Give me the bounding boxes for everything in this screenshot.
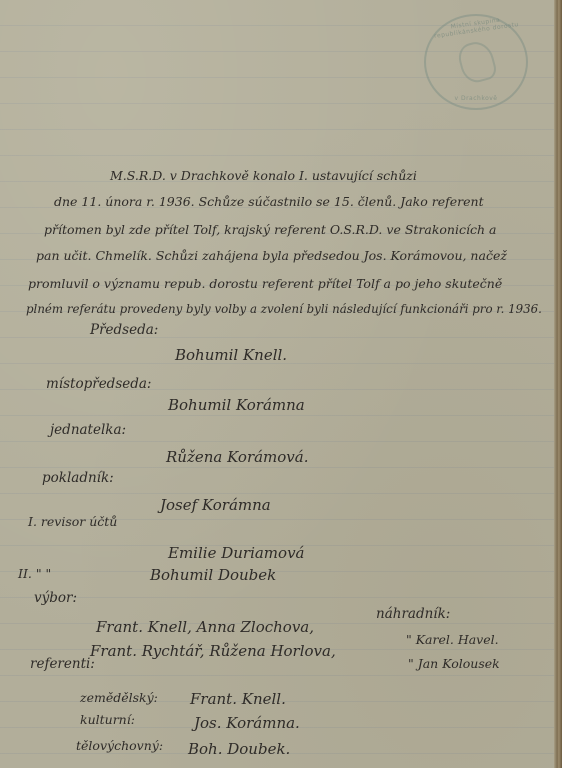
paragraph-line: plném referátu provedeny byly volby a zv…: [26, 302, 542, 316]
referent-name: Jos. Korámna.: [194, 714, 300, 732]
referent-area: tělovýchovný:: [76, 738, 163, 753]
referents-label: referenti:: [30, 656, 95, 672]
referent-area: kulturní:: [80, 712, 135, 727]
substitute-name: " Jan Kolousek: [408, 656, 500, 671]
auditor1-name: Emilie Duriamová: [168, 544, 304, 562]
paragraph-line: pan učit. Chmelík. Schůzi zahájena byla …: [36, 248, 507, 263]
page-edge: [554, 0, 562, 768]
secretary-name: Růžena Korámová.: [166, 448, 309, 466]
auditor1-label: I. revisor účtů: [28, 514, 117, 529]
stamp-emblem-icon: [455, 38, 498, 85]
treasurer-label: pokladník:: [42, 470, 114, 486]
paragraph-line: dne 11. února r. 1936. Schůze súčastnilo…: [54, 194, 484, 209]
paragraph-line: přítomen byl zde přítel Tolf, krajský re…: [44, 222, 496, 237]
paragraph-line: promluvil o významu repub. dorostu refer…: [28, 276, 502, 291]
committee-line: Frant. Rychtář, Růžena Horlova,: [90, 642, 336, 660]
substitutes-label: náhradník:: [376, 606, 450, 622]
referent-area: zemědělský:: [80, 690, 158, 705]
stamp-text-bottom: v Drachkově: [430, 95, 522, 102]
secretary-label: jednatelka:: [50, 422, 126, 438]
vice-chairman-name: Bohumil Korámna: [168, 396, 305, 414]
round-stamp-icon: Místní skupina republikánského dorostu v…: [424, 14, 528, 110]
referent-name: Boh. Doubek.: [188, 740, 290, 758]
paragraph-line: M.S.R.D. v Drachkově konalo I. ustavujíc…: [110, 168, 417, 183]
auditor2-name: Bohumil Doubek: [150, 566, 276, 584]
chairman-label: Předseda:: [90, 322, 158, 338]
vice-chairman-label: místopředseda:: [46, 376, 151, 392]
treasurer-name: Josef Korámna: [160, 496, 271, 514]
substitute-name: " Karel. Havel.: [406, 632, 499, 647]
committee-label: výbor:: [34, 590, 77, 606]
chairman-name: Bohumil Knell.: [175, 346, 287, 364]
auditor2-label: II. " ": [18, 566, 51, 581]
referent-name: Frant. Knell.: [190, 690, 286, 708]
committee-line: Frant. Knell, Anna Zlochova,: [96, 618, 314, 636]
